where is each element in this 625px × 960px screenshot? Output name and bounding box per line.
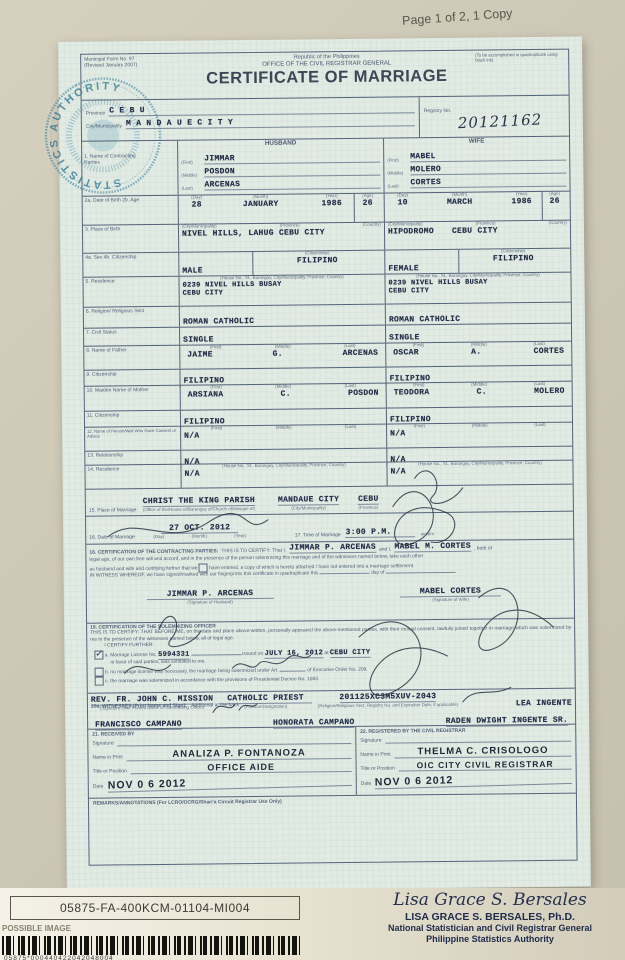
title-position-label: Title or Position	[360, 765, 394, 772]
marriage-settlement-checkbox	[199, 563, 208, 572]
row-consent-label: 12. Name of Person/Wali Who Gave Consent…	[87, 428, 178, 439]
witnesses-label: 20a. WITNESSES (Print Name and Sign):	[91, 703, 187, 710]
signature-of-wife-label: (Signature of Wife)	[330, 596, 571, 603]
last-sublabel: (Last)	[182, 186, 202, 191]
husband-citizenship: FILIPINO	[253, 255, 381, 265]
certificate-header: Municipal Form No. 97 (Revised January 2…	[81, 50, 568, 101]
registered-by-title: OIC CITY CIVIL REGISTRAR	[399, 759, 572, 772]
row-name: 1. Name of Contracting Parties (First)JI…	[82, 148, 569, 197]
page-corner-note: Page 1 of 2, 1 Copy	[402, 6, 513, 28]
witness-name-3: RADEN DWIGHT INGENTE SR.	[446, 716, 569, 727]
registry-label: Registry No.	[424, 108, 452, 114]
husband-birth-month: JANUARY	[212, 199, 310, 209]
witnesses-additional-note: Additional at the back	[191, 702, 239, 709]
date-field-label: Date	[93, 784, 104, 790]
remarks-section: REMARKS/ANNOTATIONS (For LCRO/OCRG/Shari…	[89, 794, 577, 865]
wife-signature-name: MABEL CORTES	[400, 586, 501, 597]
cert18-certify-text: THIS IS TO CERTIFY: That I,	[221, 547, 286, 554]
witness-name-4: LEA INGENTE	[516, 699, 572, 709]
received-by-cell: 21. RECEIVED BY Signature Name in PrintA…	[88, 727, 357, 798]
row-father-label: 8. Name of Father	[86, 347, 177, 354]
husband-first-name: JIMMAR	[204, 153, 380, 165]
city-label: City/Municipality	[86, 123, 122, 130]
day-sublabel: (Day)	[153, 535, 164, 540]
date-of-marriage-label: 16. Date of Marriage	[89, 534, 135, 541]
received-by-heading: 21. RECEIVED BY	[92, 729, 351, 738]
witness-name-1: FRANCISCO CAMPANO	[95, 720, 182, 731]
registrar-general-signature-block: Lisa Grace S. Bersales LISA GRACE S. BER…	[365, 890, 615, 945]
husband-last-name: ARCENAS	[204, 179, 380, 191]
marriage-license-number: 5994331	[158, 651, 190, 660]
wife-sex: FEMALE	[388, 264, 419, 273]
name-print-label: Name in Print	[360, 752, 390, 759]
first-sublabel: (First)	[211, 426, 223, 431]
wife-residence-line2: CEBU CITY	[389, 286, 568, 296]
husband-civil-status: SINGLE	[183, 335, 214, 344]
place-of-marriage-city: MANDAUE CITY	[278, 495, 339, 506]
wife-father-first: OSCAR	[393, 348, 419, 357]
issued-on-label: issued on	[242, 652, 263, 657]
country-sublabel: (Country)	[363, 223, 381, 228]
husband-father-first: JAIME	[187, 350, 213, 359]
registered-by-heading: 22. REGISTERED BY THE CIVIL REGISTRAR	[360, 727, 571, 735]
name-print-label: Name in Print	[92, 755, 122, 762]
husband-father-middle: G.	[273, 350, 283, 359]
wife-birth-month: MARCH	[418, 197, 502, 207]
possible-image-note: POSSIBLE IMAGE	[2, 924, 71, 933]
husband-mother-middle: C.	[281, 389, 291, 398]
last-sublabel: (Last)	[345, 425, 356, 430]
cert18-day-of: day of	[371, 571, 384, 576]
wife-birth-year: 1986	[502, 197, 542, 206]
husband-mother-first: ARSIANA	[188, 390, 224, 399]
husband-mother-last: POSDON	[348, 389, 379, 398]
husband-middle-name: POSDON	[204, 166, 380, 178]
cert18-wife-name: MABEL M. CORTES	[394, 542, 471, 553]
wife-first-name: MABEL	[410, 151, 566, 163]
wife-religion: ROMAN CATHOLIC	[389, 315, 461, 325]
cert18-body3: IN WITNESS WHEREOF, we have signed/marke…	[90, 571, 319, 578]
photo-of-marriage-certificate: { "photo": { "corner_note": "Page 1 of 2…	[0, 0, 625, 960]
first-sublabel: (First)	[413, 424, 425, 429]
witnesses-section: 20a. WITNESSES (Print Name and Sign): Ad…	[88, 689, 575, 730]
license-issue-place: CEBU CITY	[330, 649, 371, 658]
license-b-label: b. no marriage license was necessary, th…	[105, 668, 279, 675]
middle-sublabel: (Middle)	[276, 426, 292, 431]
time-of-marriage-label: 17. Time of Marriage	[295, 532, 341, 539]
cert18-body2c: have not entered into a marriage settlem…	[318, 564, 414, 570]
last-sublabel: (Last)	[388, 183, 408, 188]
wife-place-of-birth-province: CEBU CITY	[452, 226, 498, 235]
place-of-marriage-label: 15. Place of Marriage:	[89, 507, 138, 514]
middle-sublabel: (Middle)	[387, 170, 407, 175]
city-value: M A N D A U E C I T Y	[126, 116, 415, 129]
province-sublabel: (Province)	[358, 506, 378, 511]
ink-note: (To be accomplished in quadruplicate usi…	[475, 52, 565, 64]
husband-religion: ROMAN CATHOLIC	[183, 317, 255, 327]
husband-sex: MALE	[182, 266, 202, 275]
husband-signature-name: JIMMAR P. ARCENAS	[147, 588, 274, 599]
cert18-body2a: as husband and wife and certifying furth…	[90, 566, 198, 572]
date-field-label: Date	[361, 781, 372, 787]
row-religion-label: 6. Religion/ Religious Sect	[86, 308, 177, 315]
bottom-strip: 05875-FA-400KCM-01104-MI004 POSSIBLE IMA…	[0, 888, 625, 960]
license-issue-date: JULY 16, 2012	[265, 649, 324, 659]
wife-citizenship: FILIPINO	[459, 254, 567, 264]
wife-consent-person: N/A	[390, 428, 569, 439]
wife-last-name: CORTES	[410, 177, 566, 189]
wife-age: 26	[543, 197, 567, 206]
registered-by-cell: 22. REGISTERED BY THE CIVIL REGISTRAR Si…	[356, 725, 576, 795]
at-label: at	[324, 651, 328, 656]
row-pob-label: 3. Place of Birth	[85, 226, 176, 233]
license-checkbox-c	[95, 677, 104, 686]
certificate-title: CERTIFICATE OF MARRIAGE	[184, 67, 469, 89]
row-rel13-label: 13. Relationship	[87, 452, 178, 459]
row-res14-label: 14. Residence	[87, 466, 178, 473]
row-cit11-label: 11. Citizenship	[87, 412, 178, 419]
row-civil-label: 7. Civil Status	[86, 329, 177, 336]
bersales-printed-name: LISA GRACE S. BERSALES, Ph.D.	[365, 911, 615, 923]
cert18-body2b: have entered, a copy of which is hereto …	[209, 565, 317, 571]
last-sublabel: (Last)	[534, 423, 545, 428]
cert19-further: I CERTIFY FURTHER:	[104, 643, 154, 649]
license-b-cont: of Executive Order No. 209.	[307, 668, 367, 674]
cert18-both-of: , both of	[474, 545, 492, 551]
document-code: 05875-FA-400KCM-01104-MI004	[60, 901, 250, 915]
barcode-digits: 05875*000440422042048004	[4, 955, 114, 960]
wife-middle-name: MOLERO	[410, 164, 566, 176]
row-residence-label: 5. Residence	[85, 278, 176, 285]
citym-sublabel: (City/Municipality)	[278, 506, 339, 511]
certificate-paper: STATISTICS AUTHORITY Municipal Form No. …	[58, 37, 591, 892]
remarks-label: REMARKS/ANNOTATIONS (For LCRO/OCRG/Shari…	[93, 796, 572, 807]
row-cit9-label: 9. Citizenship	[86, 371, 177, 378]
license-checkbox-b	[95, 667, 104, 676]
wife-consent-residence: N/A	[390, 466, 569, 477]
certification-solemnizing-officer: 19. CERTIFICATION OF THE SOLEMNIZING OFF…	[87, 619, 575, 694]
wife-father-last: CORTES	[534, 347, 565, 356]
witness-name-2: HONORATA CAMPANO	[273, 718, 355, 729]
certification-contracting-parties: 18. CERTIFICATION OF THE CONTRACTING PAR…	[86, 540, 574, 624]
middle-sublabel: (Middle)	[472, 424, 488, 429]
registered-date-stamp: NOV 0 6 2012	[375, 770, 572, 788]
month-sublabel: (Month)	[192, 534, 207, 539]
middle-sublabel: (Middle)	[181, 173, 201, 178]
bersales-org: Philippine Statistics Authority	[365, 934, 615, 945]
wife-mother-first: TEODORA	[394, 388, 430, 397]
registry-number: 20121162	[457, 110, 542, 132]
wife-father-middle: A.	[471, 347, 481, 356]
row-mother-label: 10. Maiden Name of Mother	[87, 387, 178, 394]
row-name-label: 1. Name of Contracting Parties	[84, 153, 142, 166]
received-by-title: OFFICE AIDE	[131, 761, 352, 774]
wife-place-of-birth-city: HIPODROMO	[388, 227, 434, 236]
signature-field-label: Signature	[92, 740, 113, 746]
province-registry-row: Province C E B U City/Municipality M A N…	[82, 96, 569, 142]
husband-residence-line2: CEBU CITY	[183, 287, 382, 297]
husband-birth-year: 1986	[310, 199, 354, 208]
wife-mother-middle: C.	[477, 387, 487, 396]
title-position-label: Title or Position	[93, 768, 127, 775]
cert18-heading: 18. CERTIFICATION OF THE CONTRACTING PAR…	[89, 548, 218, 556]
husband-place-of-birth: NIVEL HILLS, LAHUG CEBU CITY	[182, 227, 381, 238]
husband-consent-residence: N/A	[184, 467, 383, 478]
barcode	[2, 936, 302, 955]
received-by-name: ANALIZA P. FONTANOZA	[127, 746, 352, 760]
cert18-husband-name: JIMMAR P. ARCENAS	[289, 543, 376, 554]
bersales-title: National Statistician and Civil Registra…	[365, 923, 615, 934]
first-sublabel: (First)	[387, 157, 407, 162]
country-sublabel: (Country)	[549, 221, 567, 226]
wife-birth-day: 10	[388, 198, 418, 207]
first-sublabel: (First)	[181, 160, 201, 165]
row-birth-label: 2a. Date of Birth 2b. Age	[85, 197, 176, 204]
ampm-sublabel: am/pm	[421, 532, 434, 537]
husband-father-last: ARCENAS	[343, 349, 379, 358]
signature-field-label: Signature	[360, 737, 381, 743]
bersales-script-signature: Lisa Grace S. Bersales	[365, 890, 615, 910]
signature-of-husband-label: (Signature of Husband)	[90, 599, 331, 606]
received-date-stamp: NOV 0 6 2012	[107, 772, 352, 792]
received-registered-row: 21. RECEIVED BY Signature Name in PrintA…	[88, 725, 576, 799]
wife-mother-last: MOLERO	[534, 387, 565, 396]
date-of-marriage-value: 27 OCT. 2012	[161, 523, 238, 534]
registered-by-name: THELMA C. CRISOLOGO	[395, 744, 572, 758]
wife-civil-status: SINGLE	[389, 333, 420, 342]
row-sexcit-label: 4a. Sex 4b. Citizenship	[85, 254, 176, 261]
document-code-box: 05875-FA-400KCM-01104-MI004	[10, 896, 300, 920]
husband-age: 26	[355, 198, 381, 207]
place15-sublabel: (Office of the/House of/Barangay of/Chur…	[143, 507, 255, 513]
time-of-marriage-value: 3:00 P.M.	[346, 527, 416, 538]
form-revision: (Revised January 2007)	[84, 62, 178, 69]
license-c-label: c. the marriage was solemnized in accord…	[105, 677, 319, 684]
license-a-label: a. Marriage License No.	[105, 653, 157, 659]
cert18-and-i: and I,	[379, 546, 392, 552]
husband-birth-day: 28	[182, 200, 212, 209]
place-of-marriage-province: CEBU	[358, 495, 379, 505]
province-label: Province	[86, 110, 106, 116]
certificate-body: Municipal Form No. 97 (Revised January 2…	[80, 49, 577, 866]
province-value: C E B U	[109, 103, 415, 116]
year-sublabel: (Year)	[234, 534, 246, 539]
